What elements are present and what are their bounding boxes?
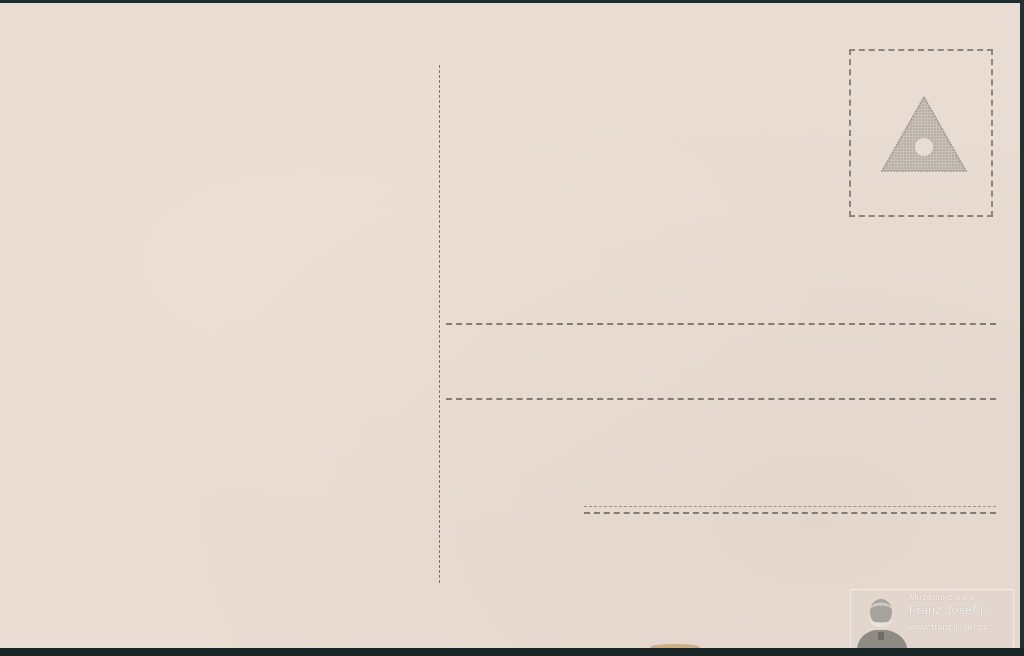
- stamp-placement-box: [849, 49, 993, 217]
- watermark-name: Franz Josef I.: [909, 604, 988, 616]
- address-line-3: [584, 512, 996, 514]
- emperor-portrait-icon: [853, 592, 909, 648]
- address-line-3-upper: [584, 506, 996, 507]
- watermark-text: Muzeum císaře Franz Josef I. www.franz-j…: [909, 593, 988, 632]
- museum-watermark: Muzeum císaře Franz Josef I. www.franz-j…: [850, 589, 1014, 649]
- address-line-1: [446, 323, 996, 325]
- postcard-back: Muzeum císaře Franz Josef I. www.franz-j…: [0, 3, 1020, 648]
- bottom-frame-edge: [0, 648, 1024, 656]
- watermark-museum-label: Muzeum císaře: [909, 593, 988, 602]
- right-frame-edge: [1020, 0, 1024, 656]
- watermark-url: www.franz-josef.cz: [909, 623, 988, 632]
- address-line-2: [446, 398, 996, 400]
- triangle-stamp-mark-icon: [880, 95, 968, 173]
- center-divider-line: [439, 65, 440, 583]
